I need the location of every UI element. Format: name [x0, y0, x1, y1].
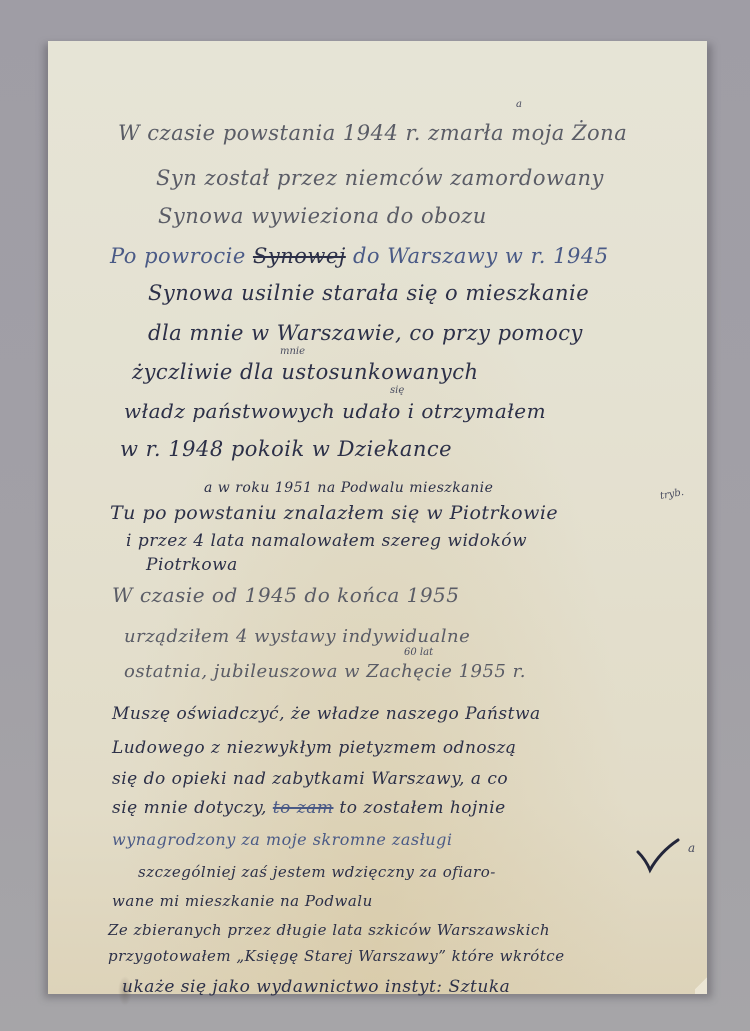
- line-16-insertion: 60 lat: [404, 647, 433, 658]
- line-1-insertion: a: [516, 99, 522, 110]
- line-11: Tu po powstaniu znalazłem się w Piotrkow…: [110, 502, 558, 524]
- letter-page: W czasie powstania 1944 r. zmarła moja Ż…: [48, 41, 707, 994]
- line-22: szczególniej zaś jestem wdzięczny za ofi…: [138, 863, 496, 881]
- line-10: a w roku 1951 na Podwalu mieszkanie: [204, 480, 493, 496]
- line-25: przygotowałem „Księgę Starej Warszawy” k…: [108, 947, 565, 965]
- line-4-start: Po powrocie: [110, 244, 246, 268]
- line-8-insertion: się: [390, 385, 404, 396]
- line-21-margin-note: a: [688, 841, 695, 855]
- line-16: ostatnia, jubileuszowa w Zachęcie 1955 r…: [124, 661, 526, 682]
- line-4-struck-word: Synowej: [253, 244, 346, 268]
- line-4: Po powrocie Synowej do Warszawy w r. 194…: [110, 244, 609, 268]
- line-17: Muszę oświadczyć, że władze naszego Pańs…: [112, 704, 541, 724]
- line-20-end: to zostałem hojnie: [339, 798, 505, 818]
- line-20: się mnie dotyczy, to zam to zostałem hoj…: [112, 798, 506, 818]
- line-18: Ludowego z niezwykłym pietyzmem odnoszą: [112, 738, 516, 758]
- line-21: wynagrodzony za moje skromne zasługi: [112, 830, 452, 849]
- line-9: w r. 1948 pokoik w Dziekance: [120, 437, 452, 461]
- line-1: W czasie powstania 1944 r. zmarła moja Ż…: [118, 121, 627, 145]
- line-10-margin-note: tryb.: [659, 487, 685, 502]
- line-7-insertion: mnie: [280, 346, 305, 357]
- line-23: wane mi mieszkanie na Podwalu: [112, 892, 373, 910]
- line-20-start: się mnie dotyczy,: [112, 798, 267, 818]
- line-5: Synowa usilnie starała się o mieszkanie: [148, 281, 589, 305]
- line-13: Piotrkowa: [146, 555, 238, 575]
- line-20-struck-words: to zam: [273, 798, 334, 818]
- line-2: Syn został przez niemców zamordowany: [156, 166, 604, 190]
- line-14: W czasie od 1945 do końca 1955: [112, 583, 460, 607]
- line-6: dla mnie w Warszawie, co przy pomocy: [148, 321, 583, 345]
- line-15: urządziłem 4 wystawy indywidualne: [124, 626, 470, 647]
- line-12: i przez 4 lata namalowałem szereg widokó…: [126, 531, 527, 551]
- line-3: Synowa wywieziona do obozu: [158, 204, 487, 228]
- line-19: się do opieki nad zabytkami Warszawy, a …: [112, 769, 508, 789]
- line-26: ukaże się jako wydawnictwo instyt: Sztuk…: [122, 977, 510, 997]
- line-7: życzliwie dla ustosunkowanych: [132, 360, 479, 384]
- checkmark-insertion-icon: [636, 838, 680, 874]
- line-8: władz państwowych udało i otrzymałem: [124, 399, 546, 423]
- line-24: Ze zbieranych przez długie lata szkiców …: [108, 921, 550, 939]
- line-4-end: do Warszawy w r. 1945: [353, 244, 609, 268]
